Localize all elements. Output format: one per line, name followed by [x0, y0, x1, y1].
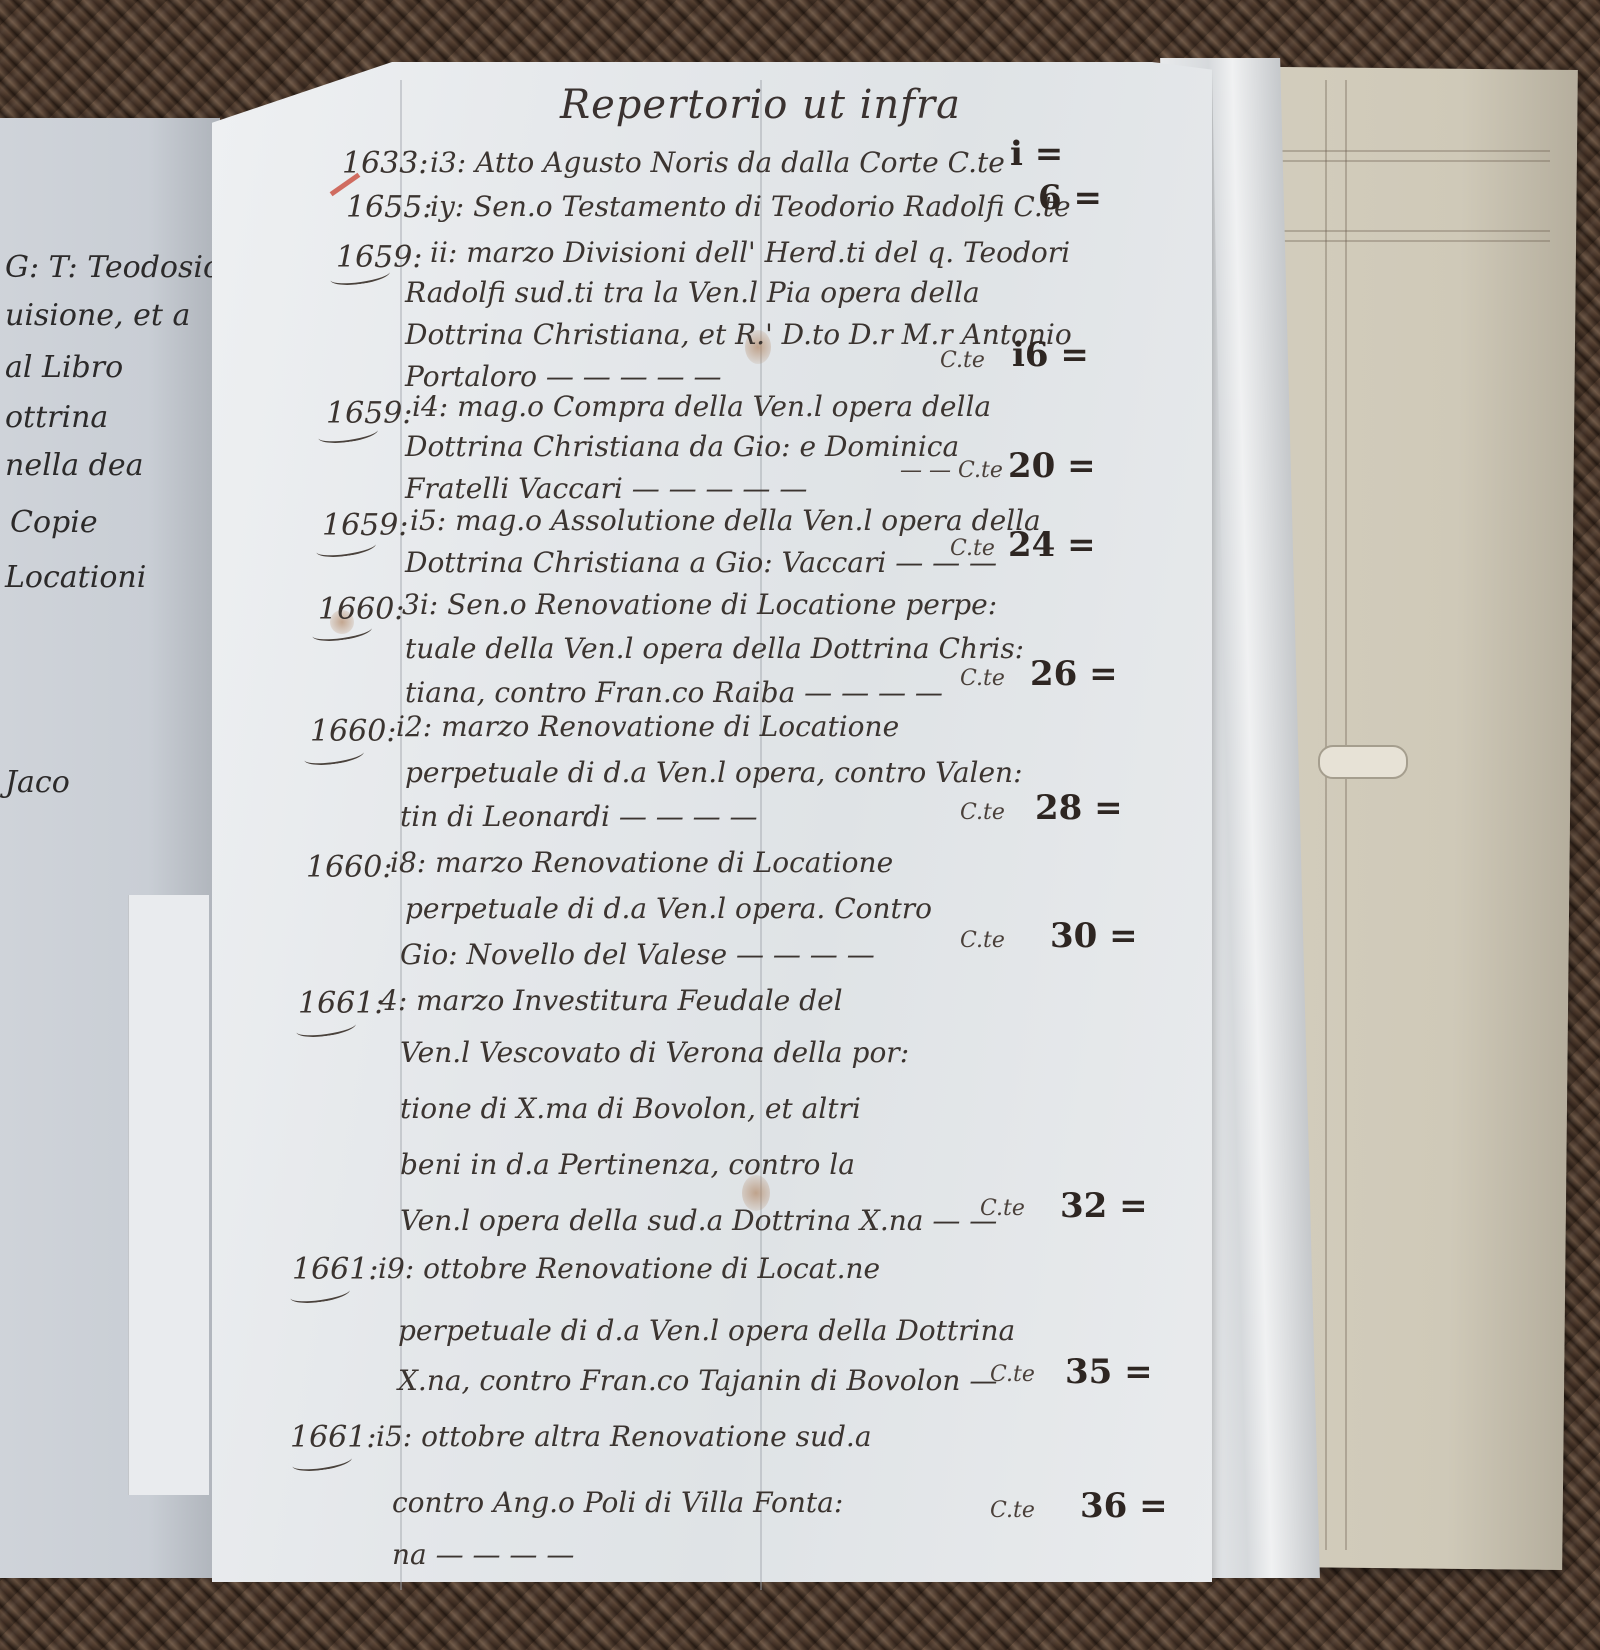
entry-text-line: tuale della Ven.l opera della Dottrina C… — [405, 632, 1024, 665]
entry-folio: i6 = — [1012, 335, 1089, 375]
entry-folio: 24 = — [1008, 525, 1096, 565]
entry-folio: 6 = — [1038, 178, 1102, 218]
entry-folio: 28 = — [1035, 788, 1123, 828]
entry-carta: C.te — [980, 1196, 1025, 1221]
cover-tie-slot — [1318, 745, 1408, 779]
entry-carta: C.te — [990, 1498, 1035, 1523]
cover-rule-line — [1345, 80, 1347, 1550]
entry-year: 1655: — [346, 190, 432, 225]
entry-text-line: i8: marzo Renovatione di Locatione — [390, 846, 893, 879]
left-page-line: Copie — [10, 505, 98, 540]
entry-text-line: Gio: Novello del Valese — — — — — [400, 938, 875, 971]
left-page-line: uisione, et a — [5, 298, 190, 333]
entry-text-line: iy: Sen.o Testamento di Teodorio Radolfi… — [430, 190, 1071, 223]
entry-text-line: Dottrina Christiana da Gio: e Dominica — [405, 430, 959, 463]
entry-carta: C.te — [960, 666, 1005, 691]
entry-text-line: 3i: Sen.o Renovatione di Locatione perpe… — [402, 588, 997, 621]
entry-folio: 32 = — [1060, 1186, 1148, 1226]
entry-text-line: X.na, contro Fran.co Tajanin di Bovolon … — [398, 1364, 997, 1397]
entry-text-line: na — — — — — [392, 1538, 574, 1571]
entry-folio: 30 = — [1050, 916, 1138, 956]
entry-text-line: i4: mag.o Compra della Ven.l opera della — [412, 390, 991, 423]
entry-text-line: Fratelli Vaccari — — — — — — [405, 472, 807, 505]
entry-text-line: Dottrina Christiana, et R.' D.to D.r M.r… — [405, 318, 1072, 351]
entry-carta: C.te — [990, 1362, 1035, 1387]
entry-carta: C.te — [940, 348, 985, 373]
entry-folio: 26 = — [1030, 654, 1118, 694]
left-page-line: nella dea — [5, 448, 144, 483]
left-page-line: Locationi — [5, 560, 146, 595]
entry-text-line: contro Ang.o Poli di Villa Fonta: — [392, 1486, 843, 1519]
entry-text-line: perpetuale di d.a Ven.l opera della Dott… — [398, 1314, 1015, 1347]
entry-year: 1660: — [310, 714, 396, 749]
entry-folio: 35 = — [1065, 1352, 1153, 1392]
entry-text-line: Ven.l Vescovato di Verona della por: — [400, 1036, 909, 1069]
entry-text-line: i2: marzo Renovatione di Locatione — [396, 710, 899, 743]
entry-carta: C.te — [950, 536, 995, 561]
page-title: Repertorio ut infra — [560, 82, 961, 128]
entry-text-line: i5: mag.o Assolutione della Ven.l opera … — [410, 504, 1041, 537]
entry-year: 1661: — [298, 986, 384, 1021]
left-page-line: G: T: Teodosio — [5, 250, 221, 285]
entry-text-line: beni in d.a Pertinenza, contro la — [400, 1148, 855, 1181]
left-page-line: Jaco — [5, 765, 70, 800]
entry-text-line: perpetuale di d.a Ven.l opera. Contro — [405, 892, 932, 925]
entry-text-line: tione di X.ma di Bovolon, et altri — [400, 1092, 861, 1125]
entry-text-line: Dottrina Christiana a Gio: Vaccari — — — — [405, 546, 997, 579]
entry-carta: — — C.te — [900, 458, 1003, 483]
cover-rule-line — [1325, 80, 1327, 1550]
entry-text-line: tiana, contro Fran.co Raiba — — — — — [405, 676, 943, 709]
entry-year: 1660: — [306, 850, 392, 885]
entry-text-line: 4: marzo Investitura Feudale del — [380, 984, 843, 1017]
entry-carta: C.te — [960, 928, 1005, 953]
entry-text-line: Portaloro — — — — — — [405, 360, 721, 393]
left-page-insert — [128, 895, 209, 1495]
entry-year: 1661: — [290, 1420, 376, 1455]
entry-text-line: Ven.l opera della sud.a Dottrina X.na — … — [400, 1204, 997, 1237]
left-page-line: al Libro — [5, 350, 123, 385]
entry-folio: 20 = — [1008, 446, 1096, 486]
entry-year: 1633: — [342, 146, 428, 181]
entry-text-line: perpetuale di d.a Ven.l opera, contro Va… — [405, 756, 1023, 789]
entry-folio: 36 = — [1080, 1486, 1168, 1526]
entry-text-line: i9: ottobre Renovatione di Locat.ne — [378, 1252, 880, 1285]
entry-text-line: tin di Leonardi — — — — — [400, 800, 758, 833]
entry-carta: C.te — [960, 800, 1005, 825]
entry-text-line: Radolfi sud.ti tra la Ven.l Pia opera de… — [405, 276, 980, 309]
entry-folio: i = — [1010, 134, 1063, 174]
entry-text-line: i3: Atto Agusto Noris da dalla Corte C.t… — [430, 146, 1005, 179]
entry-year: 1661: — [292, 1252, 378, 1287]
entry-text-line: i5: ottobre altra Renovatione sud.a — [376, 1420, 872, 1453]
entry-text-line: ii: marzo Divisioni dell' Herd.ti del q.… — [430, 236, 1070, 269]
left-page-line: ottrina — [5, 400, 108, 435]
